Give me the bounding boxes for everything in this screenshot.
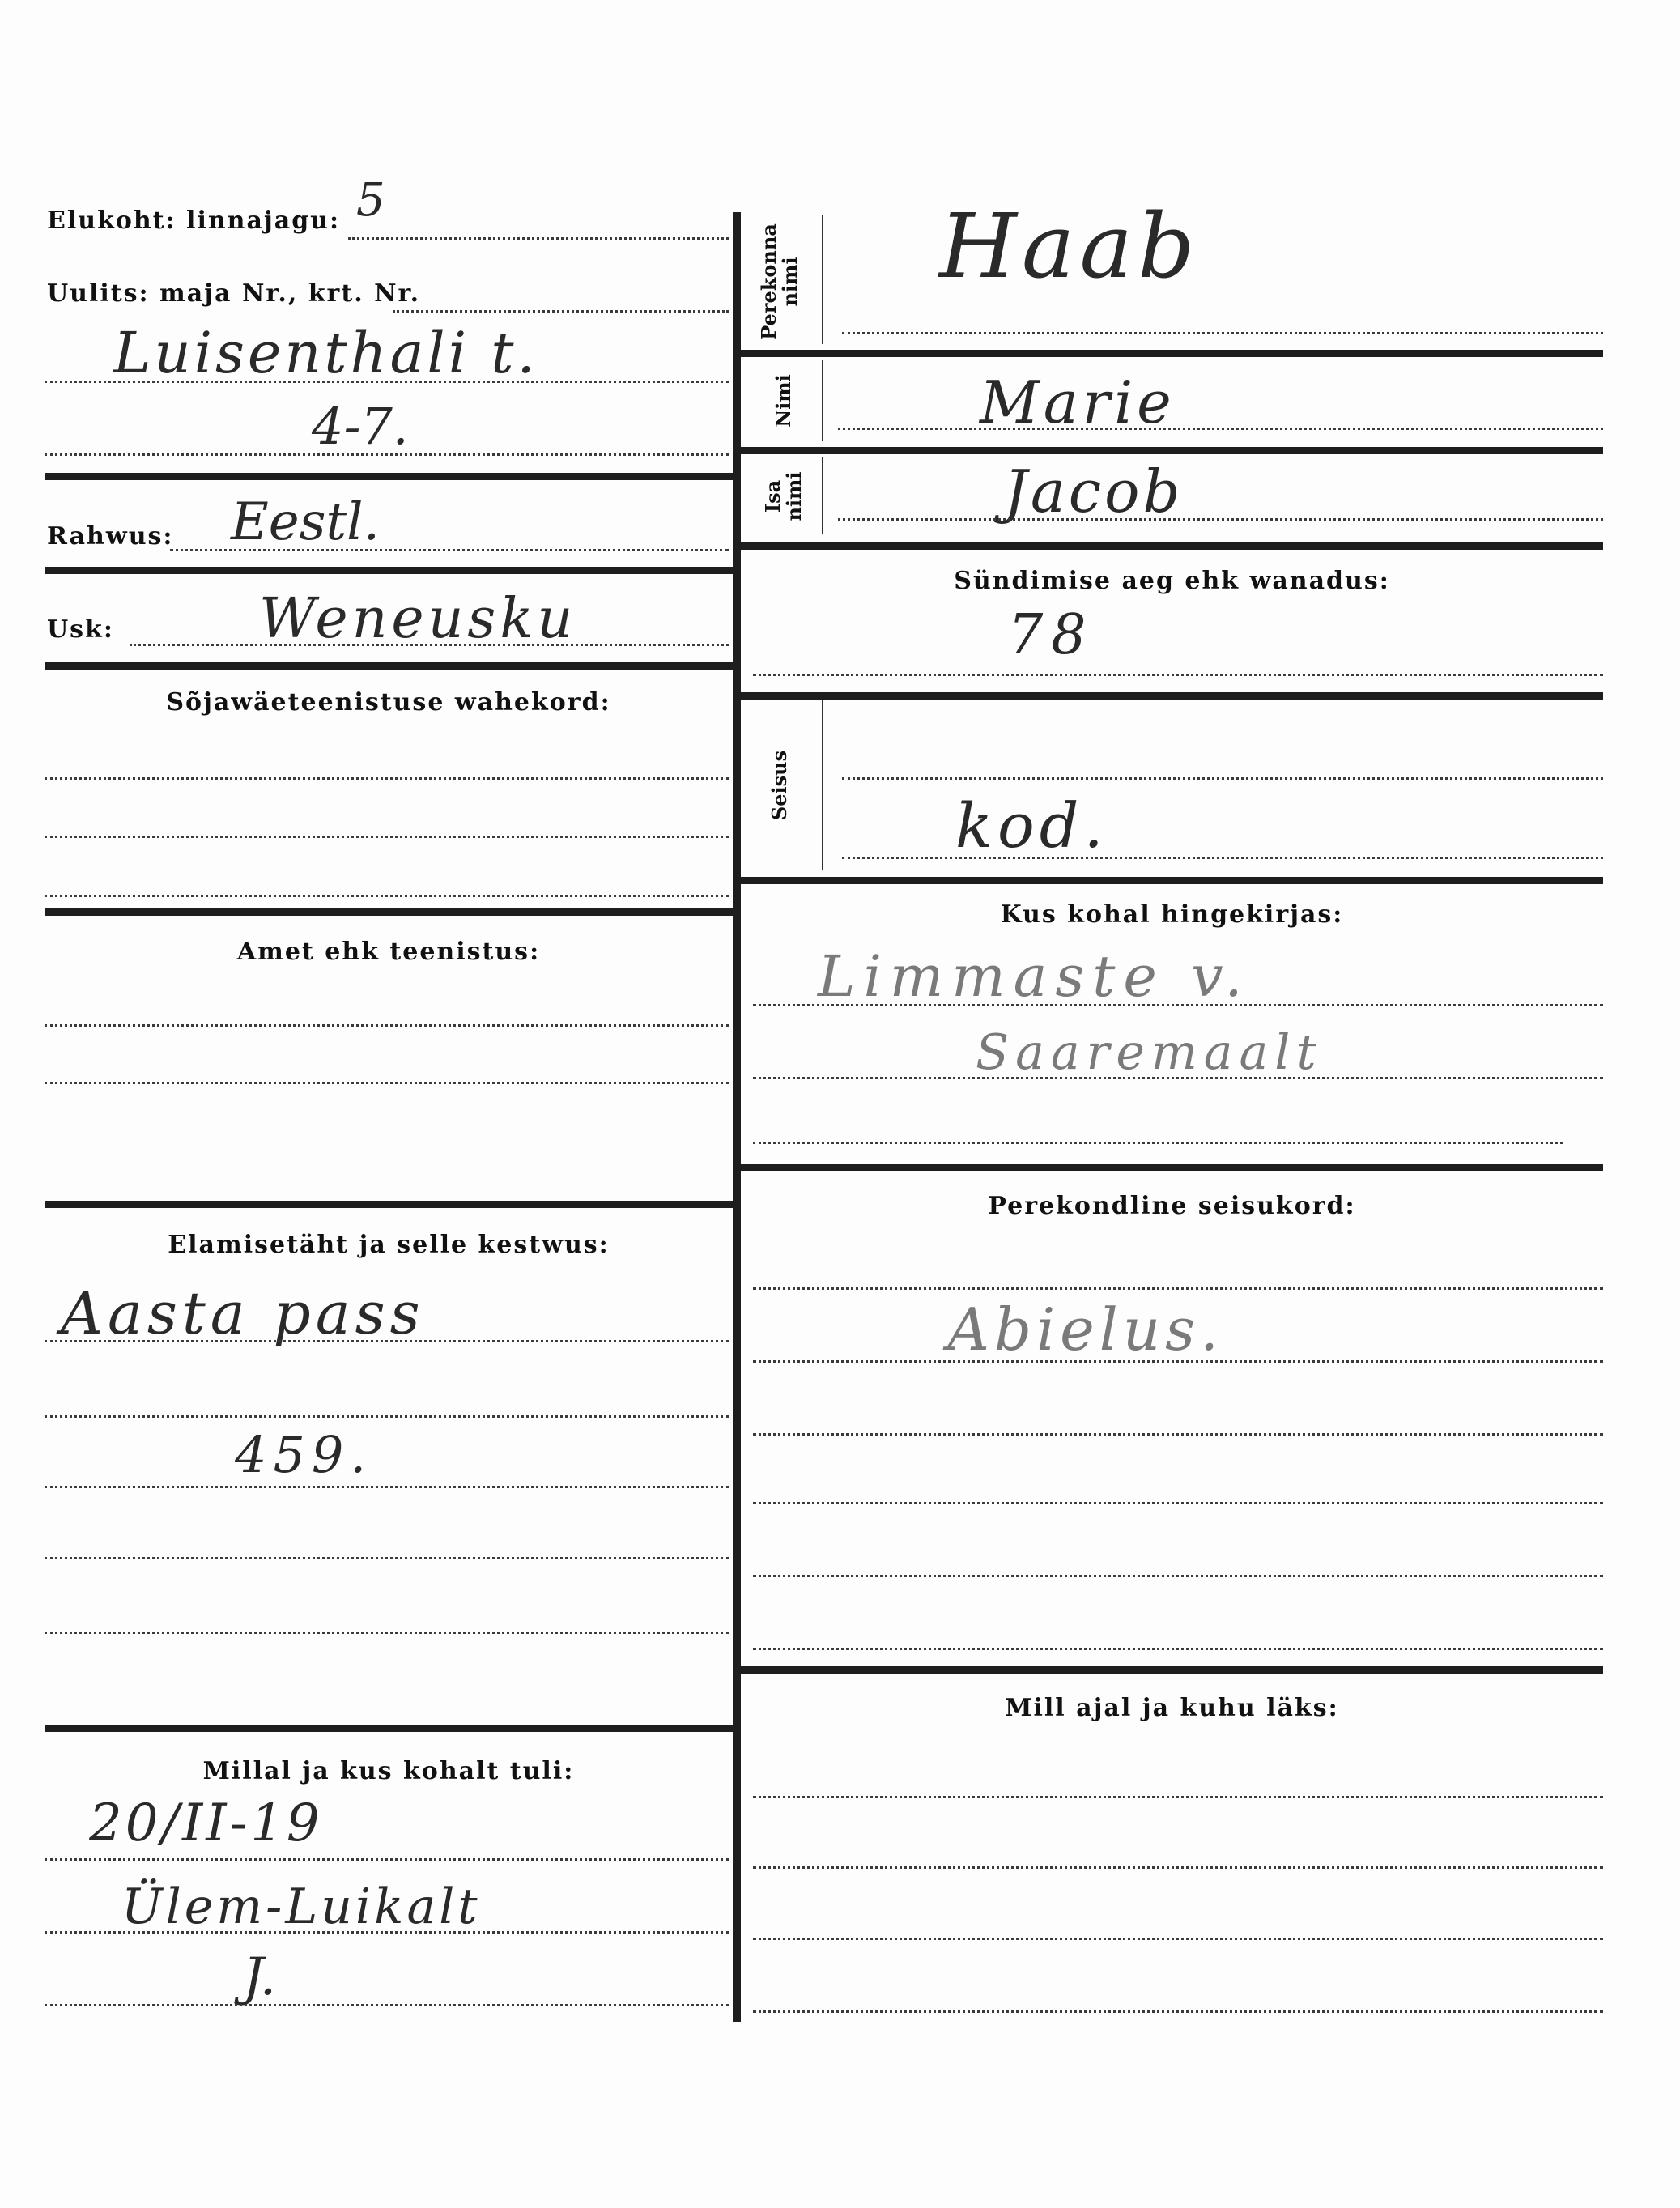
birth-value: 78 [1008, 603, 1095, 667]
rule-below-registry [741, 1164, 1603, 1171]
estate-label: Seisus [769, 733, 793, 838]
first-name-line [838, 428, 1603, 430]
registry-line-3 [753, 1142, 1563, 1144]
surname-label: Perekonna nimi [759, 213, 804, 351]
district-value: 5 [356, 174, 385, 227]
occupation-line-2 [45, 1082, 729, 1084]
military-line-1 [45, 777, 729, 780]
family-line-1 [753, 1287, 1603, 1290]
father-name-label: Isa nimi [763, 456, 808, 537]
street-value-line1: Luisenthali t. [113, 320, 538, 386]
registry-line-1 [753, 1004, 1603, 1006]
permit-line-2 [45, 1415, 729, 1418]
family-status-label: Perekondline seisukord: [741, 1192, 1603, 1220]
rule-below-address [45, 473, 733, 480]
surname-value: Haab [939, 194, 1200, 298]
registry-label: Kus kohal hingekirjas: [741, 900, 1603, 929]
family-status-value: Abielus. [947, 1295, 1223, 1364]
street-line-1 [45, 381, 729, 383]
family-line-4 [753, 1502, 1603, 1504]
birth-line [753, 674, 1603, 676]
military-line-3 [45, 895, 729, 897]
residence-permit-label: Elamisetäht ja selle kestwus: [45, 1231, 733, 1259]
religion-line [130, 644, 729, 646]
family-line-6 [753, 1648, 1603, 1650]
street-label: Uulits: maja Nr., krt. Nr. [47, 279, 420, 308]
rule-below-occupation [45, 1201, 733, 1208]
military-line-2 [45, 836, 729, 838]
departure-line-4 [753, 2010, 1603, 2013]
residence-permit-value-line1: Aasta pass [61, 1279, 425, 1347]
registry-line-2 [753, 1077, 1603, 1079]
father-name-value: Jacob [1004, 457, 1184, 525]
rule-below-birth [741, 692, 1603, 700]
arrival-value-line2: Ülem-Luikalt [121, 1878, 481, 1935]
departure-line-3 [753, 1938, 1603, 1940]
arrival-value-line3: J. [243, 1947, 276, 2007]
first-name-label-divider [822, 360, 823, 441]
nationality-value: Eestl. [231, 492, 380, 552]
permit-line-3 [45, 1486, 729, 1488]
district-line [348, 237, 729, 240]
father-name-label-divider [822, 457, 823, 534]
residence-permit-value-line2: 459. [235, 1425, 372, 1484]
rule-below-military [45, 908, 733, 916]
first-name-label: Nimi [773, 348, 797, 453]
estate-line-1 [842, 777, 1603, 780]
estate-label-divider [822, 700, 823, 870]
departure-label: Mill ajal ja kuhu läks: [741, 1694, 1603, 1722]
registry-value-line2: Saaremaalt [976, 1024, 1323, 1081]
rule-below-permit [45, 1725, 733, 1732]
arrival-line-3 [45, 2004, 729, 2006]
first-name-value: Marie [980, 368, 1176, 436]
rule-below-first-name [741, 447, 1603, 454]
surname-label-divider [822, 215, 823, 344]
departure-line-2 [753, 1866, 1603, 1869]
arrival-line-2 [45, 1931, 729, 1934]
street-value-line2: 4-7. [312, 397, 409, 456]
rule-below-family-status [741, 1666, 1603, 1674]
nationality-label: Rahwus: [47, 522, 173, 551]
rule-below-religion [45, 662, 733, 670]
military-service-label: Sõjawäeteenistuse wahekord: [45, 688, 733, 717]
rule-below-father-name [741, 542, 1603, 550]
birth-label: Sündimise aeg ehk wanadus: [741, 567, 1603, 595]
permit-line-4 [45, 1557, 729, 1559]
father-name-line [838, 518, 1603, 521]
religion-label: Usk: [47, 615, 114, 644]
departure-line-1 [753, 1796, 1603, 1798]
arrival-value-line1: 20/II-19 [89, 1793, 323, 1853]
registration-card: Elukoht: linnajagu: 5 Uulits: maja Nr., … [0, 0, 1680, 2208]
family-line-2 [753, 1360, 1603, 1363]
family-line-5 [753, 1575, 1603, 1577]
permit-line-5 [45, 1632, 729, 1634]
rule-below-nationality [45, 567, 733, 574]
district-label: Elukoht: linnajagu: [47, 206, 340, 235]
center-divider [733, 212, 741, 2022]
rule-below-surname [741, 350, 1603, 357]
permit-line-1 [45, 1340, 729, 1342]
religion-value: Weneusku [259, 587, 576, 651]
estate-value: kod. [955, 789, 1108, 862]
estate-line-2 [842, 857, 1603, 859]
street-line-0 [393, 310, 729, 313]
nationality-line [170, 549, 729, 551]
occupation-label: Amet ehk teenistus: [45, 938, 733, 966]
surname-line [842, 332, 1603, 334]
registry-value-line1: Limmaste v. [818, 943, 1251, 1010]
arrival-label: Millal ja kus kohalt tuli: [45, 1757, 733, 1785]
rule-below-estate [741, 877, 1603, 884]
family-line-3 [753, 1433, 1603, 1436]
street-line-2 [45, 453, 729, 456]
occupation-line-1 [45, 1024, 729, 1027]
arrival-line-1 [45, 1858, 729, 1861]
